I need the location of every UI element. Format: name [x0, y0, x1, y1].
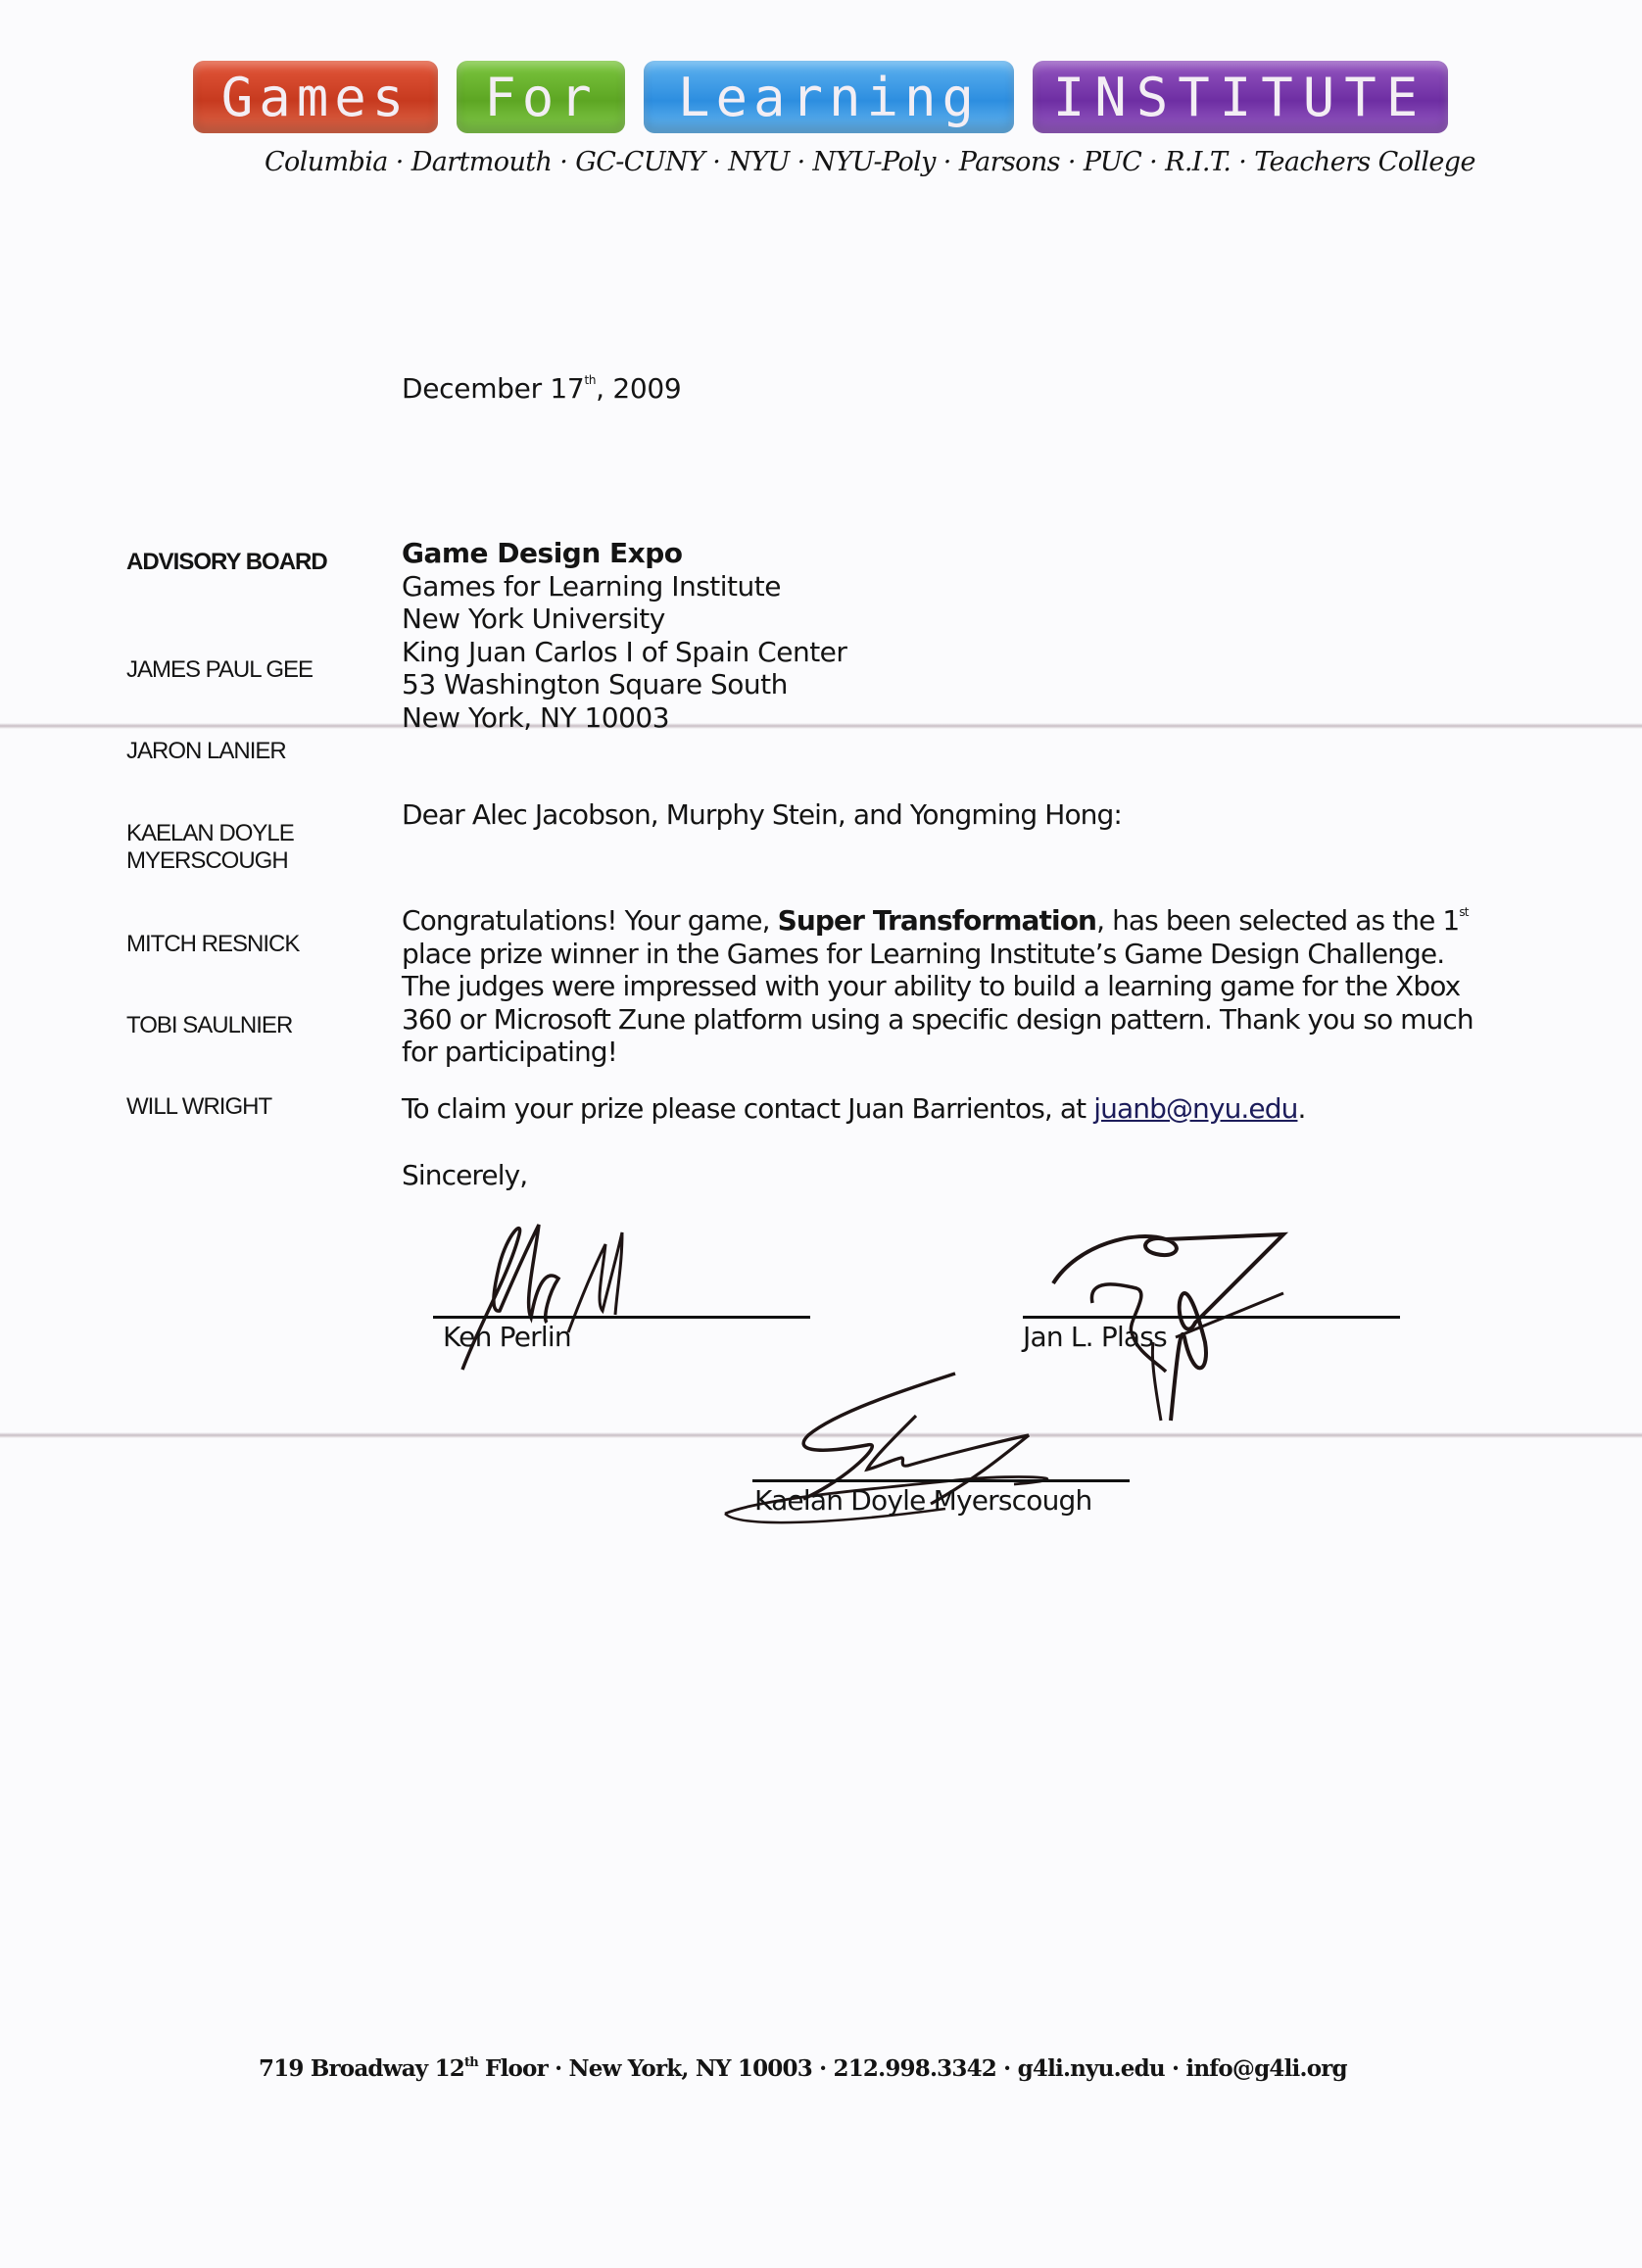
footer-text: Floor · New York, NY 10003 · 212.998.334… [478, 2055, 1347, 2082]
congratulations-paragraph: Congratulations! Your game, Super Transf… [402, 896, 1489, 1069]
date-month-day: December 17 [402, 372, 584, 405]
advisory-member: WILL WRIGHT [126, 1093, 271, 1121]
signature-line [1023, 1316, 1400, 1319]
address-line: New York, NY 10003 [402, 701, 846, 735]
signatory-name: Kaelan Doyle Myerscough [754, 1484, 1091, 1517]
recipient-address: Game Design Expo Games for Learning Inst… [402, 537, 846, 734]
signatory-name: Jan L. Plass [1023, 1321, 1167, 1353]
para-text: To claim your prize please contact Juan … [402, 1092, 1093, 1125]
address-line: Games for Learning Institute [402, 570, 846, 603]
logo-word-learning: Learning [644, 61, 1014, 133]
advisory-member-line: MYERSCOUGH [126, 847, 294, 875]
advisory-member: MITCH RESNICK [126, 931, 299, 958]
advisory-member: JAMES PAUL GEE [126, 656, 313, 684]
logo-word-institute: INSTITUTE [1033, 61, 1448, 133]
address-line: King Juan Carlos I of Spain Center [402, 636, 846, 669]
closing: Sincerely, [402, 1159, 1489, 1192]
signature-line [433, 1316, 810, 1319]
signatory-name: Ken Perlin [443, 1321, 571, 1353]
partner-institutions: Columbia · Dartmouth · GC-CUNY · NYU · N… [265, 147, 1401, 177]
greeting: Dear Alec Jacobson, Murphy Stein, and Yo… [402, 798, 1489, 832]
game-title: Super Transformation [778, 904, 1096, 937]
address-line: 53 Washington Square South [402, 668, 846, 701]
signature-line [752, 1479, 1130, 1482]
footer-ordinal: th [464, 2055, 478, 2070]
date-year: , 2009 [596, 372, 681, 405]
para-text: . [1297, 1092, 1305, 1125]
letterhead-footer: 719 Broadway 12th Floor · New York, NY 1… [259, 2055, 1347, 2082]
date-suffix: th [584, 373, 596, 387]
logo-word-for: For [457, 61, 625, 133]
address-line: New York University [402, 603, 846, 636]
recipient-name: Game Design Expo [402, 537, 846, 570]
para-text: Congratulations! Your game, [402, 904, 778, 937]
logo-word-games: Games [193, 61, 438, 133]
letter-date: December 17th, 2009 [402, 372, 681, 405]
advisory-member: JARON LANIER [126, 738, 286, 765]
ordinal-suffix: st [1459, 905, 1468, 919]
para-text: place prize winner in the Games for Lear… [402, 938, 1473, 1069]
advisory-member: TOBI SAULNIER [126, 1012, 292, 1039]
email-link[interactable]: juanb@nyu.edu [1093, 1092, 1297, 1125]
advisory-board-title: ADVISORY BOARD [126, 549, 327, 576]
games-for-learning-institute-logo: Games For Learning INSTITUTE [193, 61, 1448, 135]
para-text: , has been selected as the 1 [1096, 904, 1459, 937]
prize-claim-paragraph: To claim your prize please contact Juan … [402, 1092, 1489, 1126]
signature-ken-perlin [421, 1205, 833, 1381]
footer-text: 719 Broadway 12 [259, 2055, 464, 2082]
letter-page: Games For Learning INSTITUTE Columbia · … [0, 0, 1642, 2268]
advisory-member: KAELAN DOYLE MYERSCOUGH [126, 820, 294, 875]
advisory-member-line: KAELAN DOYLE [126, 820, 294, 847]
